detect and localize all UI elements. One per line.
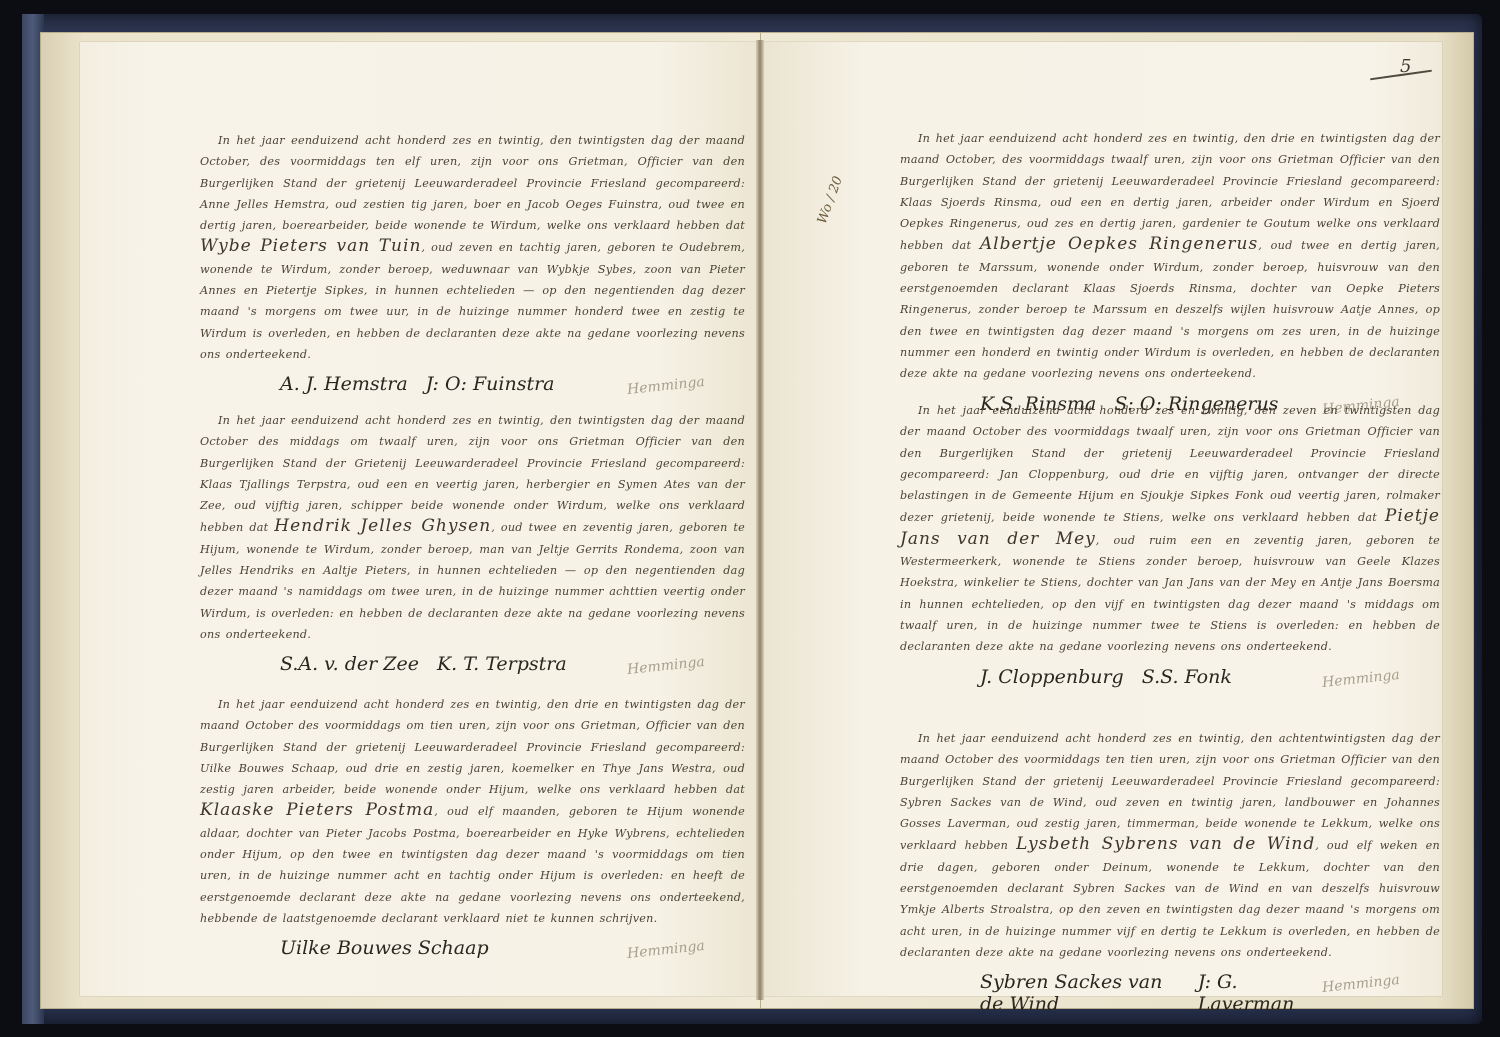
- deceased-name: Wybe Pieters van Tuin: [200, 236, 421, 256]
- record-text-after: , oud elf weken en drie dagen, geboren o…: [900, 839, 1440, 958]
- signature: K. T. Terpstra: [437, 653, 567, 675]
- record-text: In het jaar eenduizend acht honderd zes …: [200, 410, 745, 645]
- official-signature: Hemminga: [627, 938, 706, 962]
- signature: Uilke Bouwes Schaap: [280, 937, 489, 959]
- signature: S.S. Fonk: [1142, 666, 1232, 688]
- deceased-name: Klaaske Pieters Postma: [200, 800, 434, 820]
- signature: A. J. Hemstra: [280, 373, 408, 395]
- signatures: Sybren Sackes van de Wind J: G. Laverman…: [900, 971, 1440, 1015]
- signatures: Uilke Bouwes Schaap Hemminga: [200, 937, 745, 959]
- record-text-after: , oud zeven en tachtig jaren, geboren te…: [200, 241, 745, 360]
- record-text: In het jaar eenduizend acht honderd zes …: [900, 728, 1440, 963]
- record-text: In het jaar eenduizend acht honderd zes …: [900, 400, 1440, 658]
- record-right-2: In het jaar eenduizend acht honderd zes …: [900, 400, 1440, 688]
- record-left-1: In het jaar eenduizend acht honderd zes …: [200, 130, 745, 395]
- record-text-after: , oud elf maanden, geboren te Hijum wone…: [200, 805, 745, 924]
- official-signature: Hemminga: [627, 374, 706, 398]
- record-text-after: , oud ruim een en zeventig jaren, gebore…: [900, 534, 1440, 653]
- signatures: A. J. Hemstra J: O: Fuinstra Hemminga: [200, 373, 745, 395]
- signatures: S.A. v. der Zee K. T. Terpstra Hemminga: [200, 653, 745, 675]
- official-signature: Hemminga: [627, 654, 706, 678]
- signatures: J. Cloppenburg S.S. Fonk Hemminga: [900, 666, 1440, 688]
- record-text-before: In het jaar eenduizend acht honderd zes …: [200, 698, 745, 796]
- official-signature: Hemminga: [1322, 667, 1401, 691]
- signature: Sybren Sackes van de Wind: [980, 971, 1180, 1015]
- record-text-after: , oud twee en dertig jaren, geboren te M…: [900, 239, 1440, 380]
- book-gutter: [756, 40, 764, 1000]
- signature: S.A. v. der Zee: [280, 653, 419, 675]
- record-text-before: In het jaar eenduizend acht honderd zes …: [200, 134, 745, 232]
- deceased-name: Lysbeth Sybrens van de Wind: [1016, 834, 1315, 854]
- signature: J: G. Laverman: [1198, 971, 1304, 1015]
- official-signature: Hemminga: [1322, 972, 1401, 996]
- record-left-2: In het jaar eenduizend acht honderd zes …: [200, 410, 745, 675]
- record-text: In het jaar eenduizend acht honderd zes …: [200, 694, 745, 929]
- record-text-before: In het jaar eenduizend acht honderd zes …: [900, 404, 1440, 524]
- record-text: In het jaar eenduizend acht honderd zes …: [900, 128, 1440, 385]
- deceased-name: Albertje Oepkes Ringenerus: [980, 234, 1258, 254]
- signature: J. Cloppenburg: [980, 666, 1124, 688]
- deceased-name: Hendrik Jelles Ghysen: [274, 516, 491, 536]
- signature: J: O: Fuinstra: [426, 373, 555, 395]
- record-text-after: , oud twee en zeventig jaren, geboren te…: [200, 521, 745, 640]
- record-right-3: In het jaar eenduizend acht honderd zes …: [900, 728, 1440, 1015]
- record-right-1: In het jaar eenduizend acht honderd zes …: [900, 128, 1440, 415]
- record-left-3: In het jaar eenduizend acht honderd zes …: [200, 694, 745, 959]
- record-text: In het jaar eenduizend acht honderd zes …: [200, 130, 745, 365]
